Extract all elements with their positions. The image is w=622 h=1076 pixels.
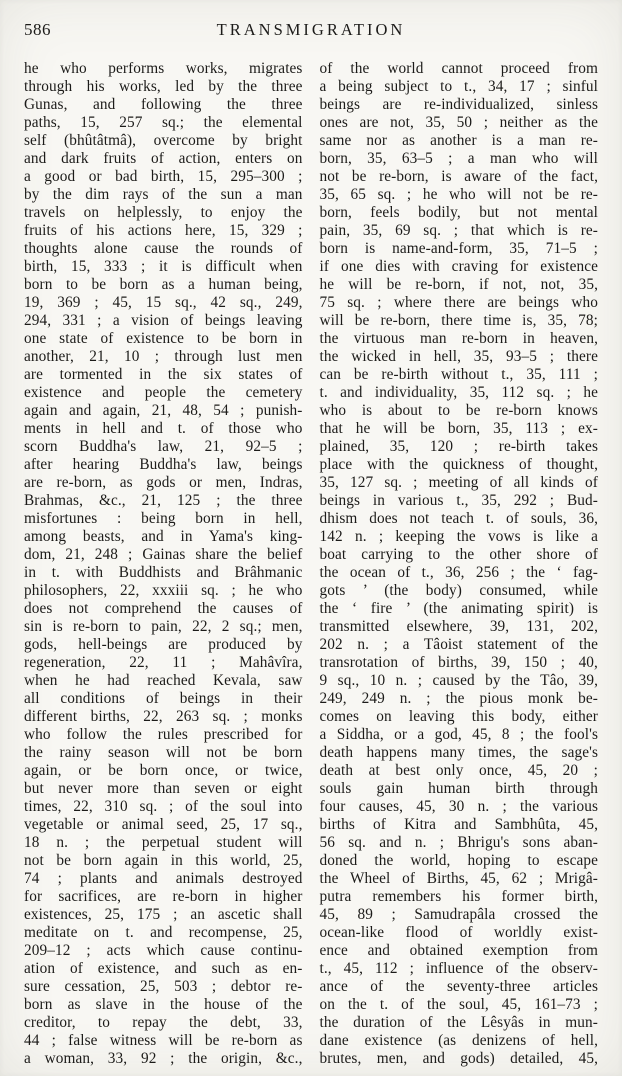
text-line: a Siddha, or a god, 45, 8 ; the fool's — [320, 726, 599, 744]
index-column-right: of the world cannot proceed froma being … — [320, 60, 599, 1068]
text-line: births of Kitra and Sambhûta, 45, — [320, 816, 599, 834]
text-line: existences, 25, 175 ; an ascetic shall — [24, 906, 303, 924]
text-line: a woman, 33, 92 ; the origin, &c., — [24, 1050, 303, 1068]
text-line: born, feels bodily, but not mental — [320, 204, 599, 222]
text-line: gods, hell-beings are produced by — [24, 636, 303, 654]
text-line: 35, 65 sq. ; he who will not be re- — [320, 186, 599, 204]
text-line: times, 22, 310 sq. ; of the soul into — [24, 798, 303, 816]
text-line: 209–12 ; acts which cause continu- — [24, 942, 303, 960]
text-line: ation of existence, and such as en- — [24, 960, 303, 978]
text-line: doned the world, hoping to escape — [320, 852, 599, 870]
text-line: pain, 35, 69 sq. ; that which is re- — [320, 222, 599, 240]
text-line: when he had reached Kevala, saw — [24, 672, 303, 690]
text-line: 44 ; false witness will be re-born as — [24, 1032, 303, 1050]
text-line: ance of the seventy-three articles — [320, 978, 599, 996]
text-line: t., 45, 112 ; influence of the observ- — [320, 960, 599, 978]
text-line: he will be re-born, if not, not, 35, — [320, 276, 599, 294]
text-line: the ‘ fire ’ (the animating spirit) is — [320, 600, 599, 618]
text-line: are tormented in the six states of — [24, 366, 303, 384]
text-line: putra remembers his former birth, — [320, 888, 599, 906]
text-line: born, 35, 63–5 ; a man who will — [320, 150, 599, 168]
text-line: for sacrifices, are re-born in higher — [24, 888, 303, 906]
text-line: ence and obtained exemption from — [320, 942, 599, 960]
text-line: brutes, men, and gods) detailed, 45, — [320, 1050, 599, 1068]
text-line: sure cessation, 25, 503 ; debtor re- — [24, 978, 303, 996]
text-line: the wicked in hell, 35, 93–5 ; there — [320, 348, 599, 366]
text-line: among beasts, and in Yama's king- — [24, 528, 303, 546]
text-line: dhism does not teach t. of souls, 36, — [320, 510, 599, 528]
text-line: regeneration, 22, 11 ; Mahâvîra, — [24, 654, 303, 672]
text-line: the Wheel of Births, 45, 62 ; Mrigâ- — [320, 870, 599, 888]
text-line: t. and individuality, 35, 112 sq. ; he — [320, 384, 599, 402]
text-line: by the dim rays of the sun a man — [24, 186, 303, 204]
text-line: vegetable or animal seed, 25, 17 sq., — [24, 816, 303, 834]
text-line: four causes, 45, 30 n. ; the various — [320, 798, 599, 816]
text-line: ments in hell and t. of those who — [24, 420, 303, 438]
text-line: the rainy season will not be born — [24, 744, 303, 762]
running-head: 586 TRANSMIGRATION — [24, 20, 598, 44]
text-line: sin is re-born to pain, 22, 2 sq.; men, — [24, 618, 303, 636]
index-text-columns: he who performs works, migratesthrough h… — [24, 60, 598, 1068]
text-line: beings are re-individualized, sinless — [320, 96, 599, 114]
text-line: born as slave in the house of the — [24, 996, 303, 1014]
text-line: one state of existence to be born in — [24, 330, 303, 348]
text-line: 294, 331 ; a vision of beings leaving — [24, 312, 303, 330]
text-line: 19, 369 ; 45, 15 sq., 42 sq., 249, — [24, 294, 303, 312]
text-line: who follow the rules prescribed for — [24, 726, 303, 744]
text-line: Brahmas, &c., 21, 125 ; the three — [24, 492, 303, 510]
text-line: ocean-like flood of worldly exist- — [320, 924, 599, 942]
text-line: beings in various t., 35, 292 ; Bud- — [320, 492, 599, 510]
text-line: meditate on t. and recompense, 25, — [24, 924, 303, 942]
text-line: if one dies with craving for existence — [320, 258, 599, 276]
text-line: 74 ; plants and animals destroyed — [24, 870, 303, 888]
index-column-left: he who performs works, migratesthrough h… — [24, 60, 303, 1068]
text-line: souls gain human birth through — [320, 780, 599, 798]
text-line: Gunas, and following the three — [24, 96, 303, 114]
text-line: not be born again in this world, 25, — [24, 852, 303, 870]
text-line: and dark fruits of action, enters on — [24, 150, 303, 168]
text-line: the duration of the Lêsyâs in mun- — [320, 1014, 599, 1032]
text-line: all conditions of beings in their — [24, 690, 303, 708]
text-line: does not comprehend the causes of — [24, 600, 303, 618]
text-line: 18 n. ; the perpetual student will — [24, 834, 303, 852]
text-line: born is name-and-form, 35, 71–5 ; — [320, 240, 599, 258]
text-line: 45, 89 ; Samudrapâla crossed the — [320, 906, 599, 924]
text-line: plained, 35, 120 ; re-birth takes — [320, 438, 599, 456]
text-line: gots ’ (the body) consumed, while — [320, 582, 599, 600]
text-line: self (bhûtâtmâ), overcome by bright — [24, 132, 303, 150]
text-line: thoughts alone cause the rounds of — [24, 240, 303, 258]
text-line: travels on helplessly, to enjoy the — [24, 204, 303, 222]
text-line: not be re-born, is aware of the fact, — [320, 168, 599, 186]
text-line: another, 21, 10 ; through lust men — [24, 348, 303, 366]
text-line: death happens many times, the sage's — [320, 744, 599, 762]
text-line: through his works, led by the three — [24, 78, 303, 96]
text-line: ones are not, 35, 50 ; neither as the — [320, 114, 599, 132]
text-line: 249, 249 n. ; the pious monk be- — [320, 690, 599, 708]
text-line: can be re-birth without t., 35, 111 ; — [320, 366, 599, 384]
book-page: 586 TRANSMIGRATION he who performs works… — [0, 0, 622, 1076]
text-line: death at best only once, 45, 20 ; — [320, 762, 599, 780]
text-line: misfortunes : being born in hell, — [24, 510, 303, 528]
text-line: the virtuous man re-born in heaven, — [320, 330, 599, 348]
text-line: 35, 127 sq. ; meeting of all kinds of — [320, 474, 599, 492]
text-line: boat carrying to the other shore of — [320, 546, 599, 564]
text-line: he who performs works, migrates — [24, 60, 303, 78]
text-line: paths, 15, 257 sq.; the elemental — [24, 114, 303, 132]
text-line: same nor as another is a man re- — [320, 132, 599, 150]
text-line: dane existence (as denizens of hell, — [320, 1032, 599, 1050]
running-header-title: TRANSMIGRATION — [24, 20, 598, 40]
text-line: who is about to be re-born knows — [320, 402, 599, 420]
text-line: place with the quickness of thought, — [320, 456, 599, 474]
text-line: a being subject to t., 34, 17 ; sinful — [320, 78, 599, 96]
text-line: transmitted elsewhere, 39, 131, 202, — [320, 618, 599, 636]
text-line: will be re-born, there time is, 35, 78; — [320, 312, 599, 330]
text-line: born to be born as a human being, — [24, 276, 303, 294]
text-line: transrotation of births, 39, 150 ; 40, — [320, 654, 599, 672]
text-line: in t. with Buddhists and Brâhmanic — [24, 564, 303, 582]
text-line: that he will be born, 35, 113 ; ex- — [320, 420, 599, 438]
text-line: the ocean of t., 36, 256 ; the ‘ fag- — [320, 564, 599, 582]
text-line: 56 sq. and n. ; Bhrigu's sons aban- — [320, 834, 599, 852]
text-line: dom, 21, 248 ; Gainas share the belief — [24, 546, 303, 564]
text-line: again, or be born once, or twice, — [24, 762, 303, 780]
text-line: again and again, 21, 48, 54 ; punish- — [24, 402, 303, 420]
text-line: of the world cannot proceed from — [320, 60, 599, 78]
text-line: 202 n. ; a Tâoist statement of the — [320, 636, 599, 654]
text-line: 75 sq. ; where there are beings who — [320, 294, 599, 312]
text-line: different births, 22, 263 sq. ; monks — [24, 708, 303, 726]
text-line: philosophers, 22, xxxiii sq. ; he who — [24, 582, 303, 600]
text-line: scorn Buddha's law, 21, 92–5 ; — [24, 438, 303, 456]
text-line: after hearing Buddha's law, beings — [24, 456, 303, 474]
text-line: but never more than seven or eight — [24, 780, 303, 798]
text-line: comes on leaving this body, either — [320, 708, 599, 726]
text-line: are re-born, as gods or men, Indras, — [24, 474, 303, 492]
text-line: 142 n. ; keeping the vows is like a — [320, 528, 599, 546]
text-line: a good or bad birth, 15, 295–300 ; — [24, 168, 303, 186]
text-line: on the t. of the soul, 45, 161–73 ; — [320, 996, 599, 1014]
text-line: birth, 15, 333 ; it is difficult when — [24, 258, 303, 276]
text-line: creditor, to repay the debt, 33, — [24, 1014, 303, 1032]
text-line: fruits of his actions here, 15, 329 ; — [24, 222, 303, 240]
text-line: existence and people the cemetery — [24, 384, 303, 402]
text-line: 9 sq., 10 n. ; caused by the Tâo, 39, — [320, 672, 599, 690]
